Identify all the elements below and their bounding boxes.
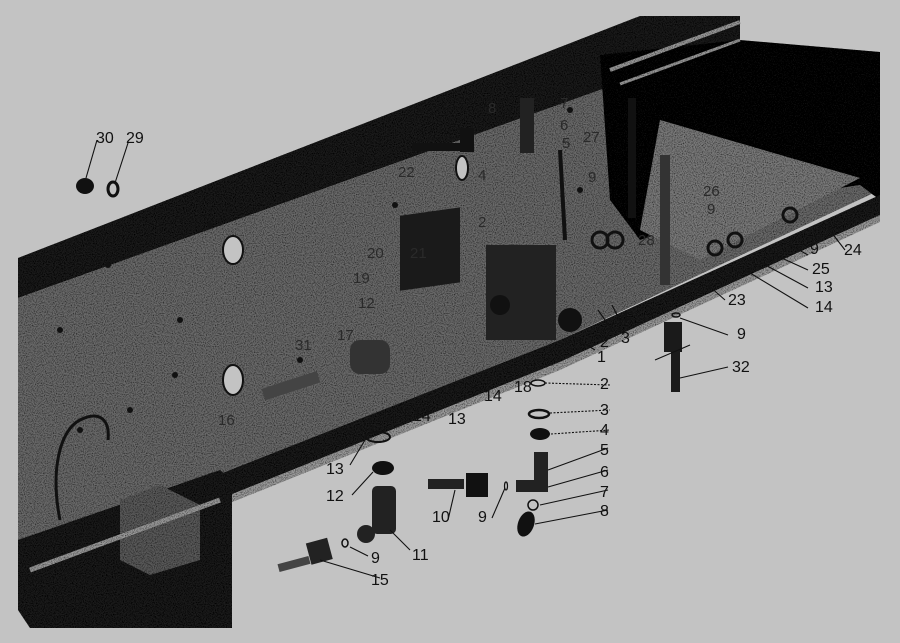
callout-13-mid: 13: [448, 411, 466, 428]
cap-8: [514, 509, 538, 539]
callout-8-loose: 8: [600, 503, 609, 520]
callout-4-frame: 4: [478, 167, 486, 184]
tee-5: [520, 98, 534, 153]
callout-1: 1: [597, 349, 606, 366]
callout-14-mid: 14: [484, 388, 502, 405]
valve-17: [350, 340, 390, 374]
callout-5-frame: 5: [562, 135, 570, 152]
callout-15: 15: [371, 572, 389, 589]
callout-20: 20: [367, 245, 384, 262]
elbow-11-body: [372, 486, 396, 534]
callout-9-right: 9: [810, 241, 819, 258]
callout-10: 10: [432, 509, 450, 526]
callout-5-loose: 5: [600, 442, 609, 459]
callout-9-bolt10: 9: [478, 509, 487, 526]
ring-7: [528, 500, 538, 510]
callout-30: 30: [96, 130, 114, 147]
callout-9-bolt32: 9: [737, 326, 746, 343]
callout-6-frame: 6: [560, 117, 568, 134]
callout-12-loose: 12: [326, 488, 344, 505]
bolt-10-head: [466, 473, 488, 497]
callout-18: 18: [514, 379, 532, 396]
pipe-vertical: [628, 98, 636, 218]
callout-6-loose: 6: [600, 464, 609, 481]
nut-30: [76, 178, 94, 194]
callout-9-elbow: 9: [371, 550, 380, 567]
gasket-2: [531, 380, 545, 386]
bolt-32-shank: [671, 350, 680, 392]
callout-27: 27: [583, 129, 600, 146]
callout-12-frame: 12: [358, 295, 375, 312]
valve-1: [486, 245, 556, 340]
callout-9-rear: 9: [707, 201, 715, 218]
washer-29: [108, 182, 118, 196]
nut-12: [372, 461, 394, 475]
callout-2-frame: 2: [478, 214, 486, 231]
callout-26: 26: [703, 183, 720, 200]
callout-9-frame: 9: [588, 169, 596, 186]
bracket-19: [400, 207, 460, 290]
callout-31: 31: [295, 337, 312, 354]
seal-9-lower: [342, 539, 348, 547]
callout-17: 17: [337, 327, 354, 344]
callout-14-rear: 14: [815, 299, 833, 316]
callout-32: 32: [732, 359, 750, 376]
bolt-32-head: [664, 322, 682, 352]
callout-2-loose: 2: [600, 376, 609, 393]
callout-3-valve: 3: [621, 330, 630, 347]
nut-4: [530, 428, 550, 440]
callout-3-loose: 3: [600, 402, 609, 419]
callout-28: 28: [638, 232, 655, 249]
callout-23: 23: [728, 292, 746, 309]
callout-25: 25: [812, 261, 830, 278]
callout-8-frame: 8: [488, 100, 496, 117]
callout-19: 19: [353, 270, 370, 287]
callout-4-loose: 4: [600, 422, 609, 439]
washer-3: [529, 410, 549, 418]
bolt-10-shank: [428, 479, 464, 489]
callout-7-loose: 7: [600, 484, 609, 501]
exploded-parts-diagram: 30 29 8 7 6 5 27 22 4 9 26 9 2 28 20 21 …: [0, 0, 900, 643]
callout-24: 24: [844, 242, 862, 259]
union-15-head: [306, 538, 333, 565]
frame-rail: [18, 16, 880, 628]
callout-21: 21: [410, 245, 427, 262]
callout-16: 16: [218, 412, 235, 429]
union-15-shank: [278, 556, 311, 572]
callout-22: 22: [398, 164, 415, 181]
callout-7-frame: 7: [560, 95, 568, 112]
callout-29: 29: [126, 130, 144, 147]
callout-13-loose: 13: [326, 461, 344, 478]
callout-13-rear: 13: [815, 279, 833, 296]
callout-14-left: 14: [413, 408, 431, 425]
callout-4-valve: 4: [620, 310, 629, 327]
tee-5-loose: [534, 452, 548, 492]
callout-11: 11: [412, 547, 429, 564]
